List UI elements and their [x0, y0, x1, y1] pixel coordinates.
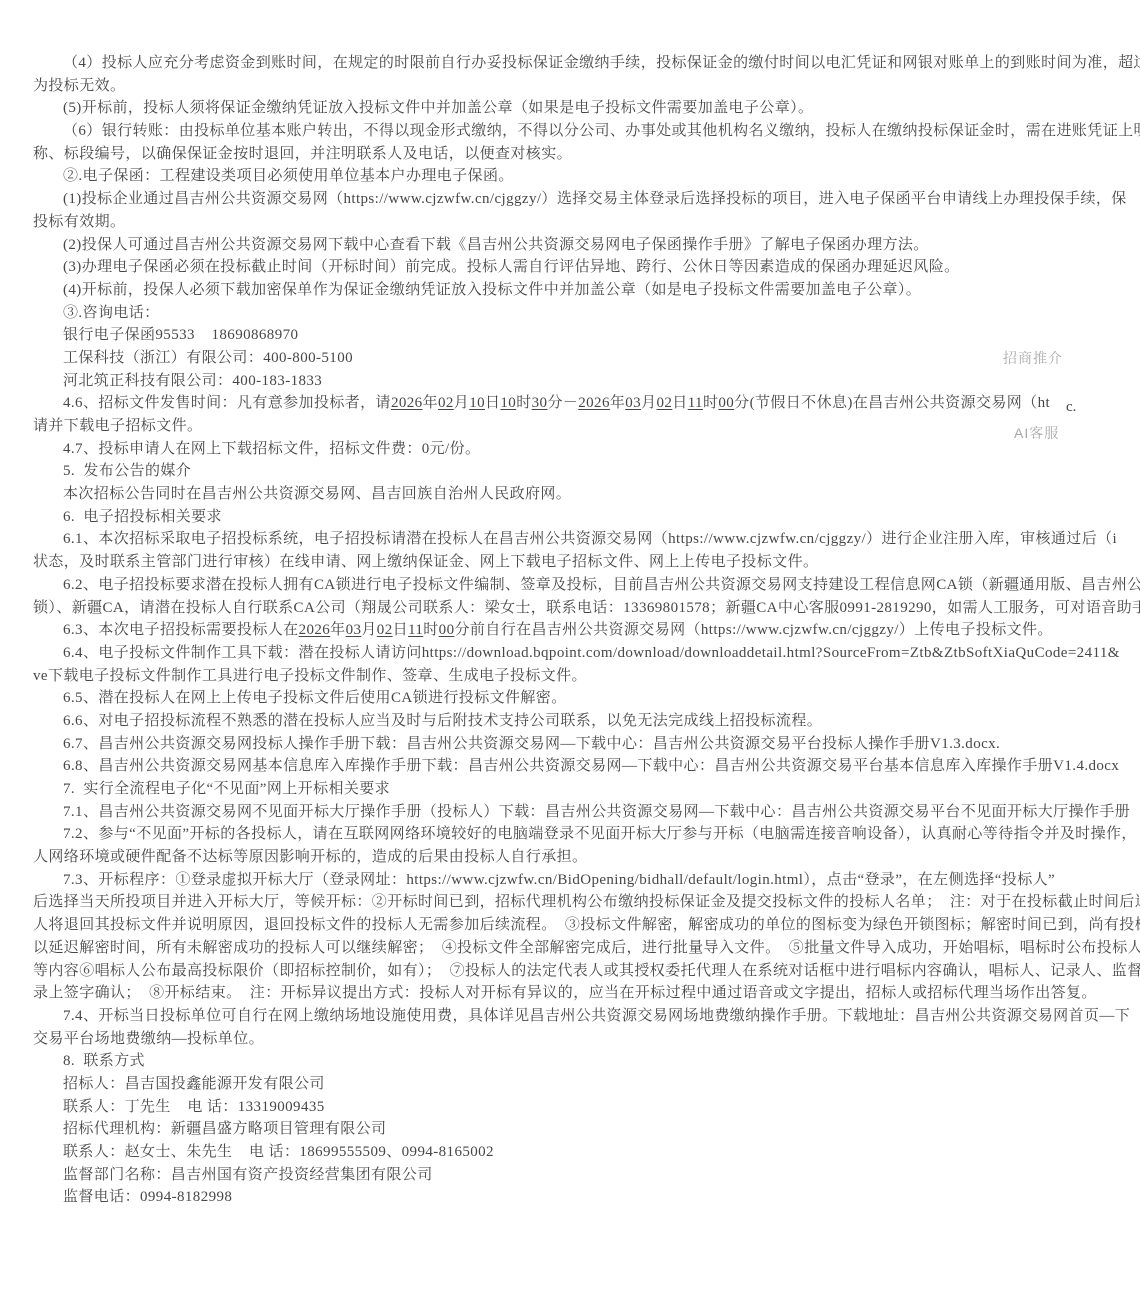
- clipped-url-fragment: c.: [1066, 399, 1076, 416]
- date-text-underlined: 2026年02月10日10时30分－2026年03月02日11时00分: [391, 395, 750, 411]
- document-line: 人网络环境或硬件配备不达标等原因影响开标的，造成的后果由投标人自行承担。: [33, 846, 1140, 869]
- document-body: （4）投标人应充分考虑资金到账时间，在规定的时限前自行办妥投标保证金缴纳手续，投…: [0, 0, 1140, 1305]
- document-line: 4.6、招标文件发售时间：凡有意参加投标者，请2026年02月10日10时30分…: [33, 392, 1140, 415]
- document-line: 监督部门名称：昌吉州国有资产投资经营集团有限公司: [33, 1164, 1140, 1187]
- document-line: 请并下载电子招标文件。: [33, 415, 1140, 438]
- document-line: 为投标无效。: [33, 75, 1140, 98]
- document-line: 5. 发布公告的媒介: [33, 460, 1140, 483]
- document-line: 银行电子保函95533 18690868970: [33, 324, 1140, 347]
- document-line: 8. 联系方式: [33, 1050, 1140, 1073]
- document-line: 联系人：赵女士、朱先生 电 话：18699555509、0994-8165002: [33, 1141, 1140, 1164]
- document-line: 4.7、投标申请人在网上下载招标文件，招标文件费：0元/份。: [33, 438, 1140, 461]
- document-line: 称、标段编号，以确保保证金按时退回，并注明联系人及电话，以便查对核实。: [33, 143, 1140, 166]
- document-line: 7.2、参与“不见面”开标的各投标人，请在互联网网络环境较好的电脑端登录不见面开…: [33, 823, 1140, 846]
- document-line: ③.咨询电话：: [33, 302, 1140, 325]
- document-line: （4）投标人应充分考虑资金到账时间，在规定的时限前自行办妥投标保证金缴纳手续，投…: [33, 52, 1140, 75]
- document-line: 等内容⑥唱标人公布最高投标限价（即招标控制价，如有）； ⑦投标人的法定代表人或其…: [33, 960, 1140, 983]
- document-line: (4)开标前，投保人必须下载加密保单作为保证金缴纳凭证放入投标文件中并加盖公章（…: [33, 279, 1140, 302]
- document-line: 6.6、对电子招投标流程不熟悉的潜在投标人应当及时与后附技术支持公司联系，以免无…: [33, 710, 1140, 733]
- document-line: ②.电子保函：工程建设类项目必须使用单位基本户办理电子保函。: [33, 165, 1140, 188]
- document-line: 河北筑正科技有限公司：400-183-1833: [33, 370, 1140, 393]
- document-line: 6.5、潜在投标人在网上上传电子投标文件后使用CA锁进行投标文件解密。: [33, 687, 1140, 710]
- line-segment: 4.6、招标文件发售时间：凡有意参加投标者，请: [63, 395, 391, 411]
- document-line: (1)投标企业通过昌吉州公共资源交易网（https://www.cjzwfw.c…: [33, 188, 1140, 211]
- document-line: 锁）、新疆CA，请潜在投标人自行联系CA公司（翔晟公司联系人：梁女士，联系电话：…: [33, 597, 1140, 620]
- document-line: 6.7、昌吉州公共资源交易网投标人操作手册下载：昌吉州公共资源交易网—下载中心：…: [33, 733, 1140, 756]
- ai-customer-service-button[interactable]: AI客服: [1010, 421, 1063, 445]
- document-line: 7.1、昌吉州公共资源交易网不见面开标大厅操作手册（投标人）下载：昌吉州公共资源…: [33, 801, 1140, 824]
- document-line: 监督电话：0994-8182998: [33, 1186, 1140, 1209]
- document-line: （6）银行转账：由投标单位基本账户转出，不得以现金形式缴纳，不得以分公司、办事处…: [33, 120, 1140, 143]
- document-line: 状态，及时联系主管部门进行审核）在线申请、网上缴纳保证金、网上下载电子招标文件、…: [33, 551, 1140, 574]
- line-segment: 前自行在昌吉州公共资源交易网（https://www.cjzwfw.cn/cjg…: [470, 622, 1053, 638]
- document-line: 7. 实行全流程电子化“不见面”网上开标相关要求: [33, 778, 1140, 801]
- document-line: ve下载电子投标文件制作工具进行电子投标文件制作、签章、生成电子投标文件。: [33, 665, 1140, 688]
- document-line: 6.3、本次电子招投标需要投标人在2026年03月02日11时00分前自行在昌吉…: [33, 619, 1140, 642]
- document-line: 6.8、昌吉州公共资源交易网基本信息库入库操作手册下载：昌吉州公共资源交易网—下…: [33, 755, 1140, 778]
- line-segment: 6.3、本次电子招投标需要投标人在: [63, 622, 299, 638]
- document-line: 6. 电子招投标相关要求: [33, 506, 1140, 529]
- document-line: 录上签字确认； ⑧开标结束。 注：开标异议提出方式：投标人对开标有异议的，应当在…: [33, 982, 1140, 1005]
- promo-widget-button[interactable]: 招商推介: [999, 346, 1067, 370]
- document-line: 人将退回其投标文件并说明原因，退回投标文件的投标人无需参加后续流程。 ③投标文件…: [33, 914, 1140, 937]
- document-line: 后选择当天所投项目并进入开标大厅，等候开标：②开标时间已到，招标代理机构公布缴纳…: [33, 891, 1140, 914]
- document-line: 招标代理机构：新疆昌盛方略项目管理有限公司: [33, 1118, 1140, 1141]
- document-line: 6.4、电子投标文件制作工具下载：潜在投标人请访问https://downloa…: [33, 642, 1140, 665]
- document-line: 联系人：丁先生 电 话：13319009435: [33, 1096, 1140, 1119]
- document-line: 工保科技（浙江）有限公司：400-800-5100: [33, 347, 1140, 370]
- document-line: 7.4、开标当日投标单位可自行在网上缴纳场地设施使用费，具体详见昌吉州公共资源交…: [33, 1005, 1140, 1028]
- document-line: 交易平台场地费缴纳—投标单位。: [33, 1028, 1140, 1051]
- line-segment: (节假日不休息)在昌吉州公共资源交易网（ht: [750, 395, 1050, 411]
- document-line: (3)办理电子保函必须在投标截止时间（开标时间）前完成。投标人需自行评估异地、跨…: [33, 256, 1140, 279]
- date-text-underlined: 2026年03月02日11时00分: [299, 622, 470, 638]
- document-line: 招标人：昌吉国投鑫能源开发有限公司: [33, 1073, 1140, 1096]
- document-line: 以延迟解密时间，所有未解密成功的投标人可以继续解密； ④投标文件全部解密完成后，…: [33, 937, 1140, 960]
- document-page: { "page": { "lines": [ {"indent": true, …: [0, 0, 1140, 1305]
- document-line: 6.2、电子招投标要求潜在投标人拥有CA锁进行电子投标文件编制、签章及投标，目前…: [33, 574, 1140, 597]
- document-line: 投标有效期。: [33, 211, 1140, 234]
- document-line: (2)投保人可通过昌吉州公共资源交易网下载中心查看下载《昌吉州公共资源交易网电子…: [33, 234, 1140, 257]
- document-line: 7.3、开标程序：①登录虚拟开标大厅（登录网址：https://www.cjzw…: [33, 869, 1140, 892]
- document-line: 6.1、本次招标采取电子招投标系统，电子招投标请潜在投标人在昌吉州公共资源交易网…: [33, 528, 1140, 551]
- document-line: 本次招标公告同时在昌吉州公共资源交易网、昌吉回族自治州人民政府网。: [33, 483, 1140, 506]
- document-line: (5)开标前，投标人须将保证金缴纳凭证放入投标文件中并加盖公章（如果是电子投标文…: [33, 97, 1140, 120]
